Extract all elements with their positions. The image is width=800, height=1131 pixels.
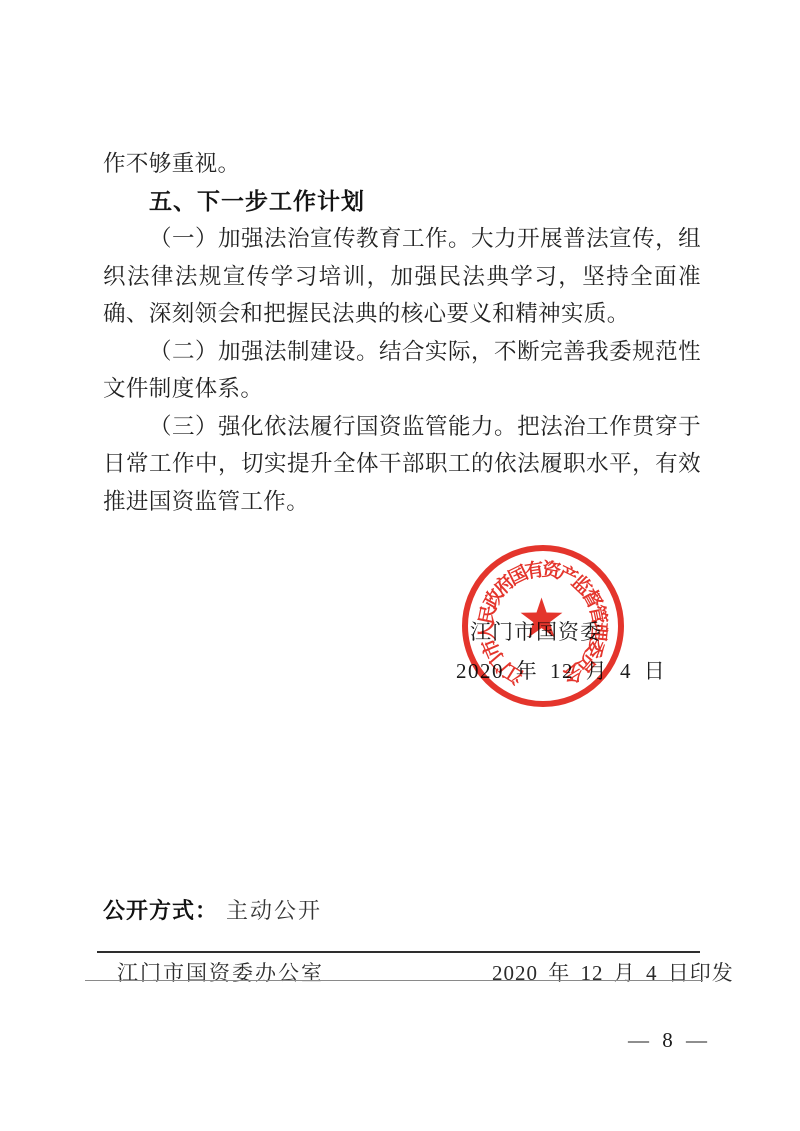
- footer-print-date: 2020 年 12 月 4 日印发: [492, 957, 734, 987]
- paragraph-continued: 作不够重视。: [103, 145, 701, 183]
- seal-ring-char: 资: [540, 557, 563, 583]
- paragraph-item-1: （一）加强法治宣传教育工作。大力开展普法宣传，组织法律法规宣传学习培训，加强民法…: [103, 220, 701, 333]
- section-heading: 五、下一步工作计划: [103, 183, 701, 221]
- footer-issuer: 江门市国资委办公室: [117, 957, 324, 987]
- footer-rule-bottom: [85, 980, 703, 981]
- seal-ring-char: 府: [489, 570, 519, 600]
- signature-date: 2020 年 12 月 4 日: [456, 655, 666, 685]
- paragraph-item-3: （三）强化依法履行国资监管能力。把法治工作贯穿于日常工作中，切实提升全体干部职工…: [103, 408, 701, 521]
- page-number: — 8 —: [628, 1028, 711, 1053]
- seal-ring-char: 国: [505, 562, 532, 590]
- document-page: 作不够重视。 五、下一步工作计划 （一）加强法治宣传教育工作。大力开展普法宣传，…: [0, 0, 800, 1131]
- seal-ring-char: 有: [523, 557, 545, 583]
- signature-org: 江门市国资委: [470, 616, 602, 646]
- seal-ring-char: 督: [578, 585, 607, 613]
- seal-ring-char: 监: [567, 570, 597, 600]
- seal-ring-char: 政: [479, 585, 508, 613]
- publicity-value: 主动公开: [226, 898, 322, 923]
- footer-rule-top: [97, 951, 700, 953]
- publicity-label: 公开方式：: [103, 898, 218, 923]
- seal-ring-char: 产: [554, 561, 581, 590]
- paragraph-item-2: （二）加强法制建设。结合实际，不断完善我委规范性文件制度体系。: [103, 333, 701, 408]
- publicity-line: 公开方式：主动公开: [103, 894, 322, 925]
- document-body: 作不够重视。 五、下一步工作计划 （一）加强法治宣传教育工作。大力开展普法宣传，…: [103, 145, 701, 520]
